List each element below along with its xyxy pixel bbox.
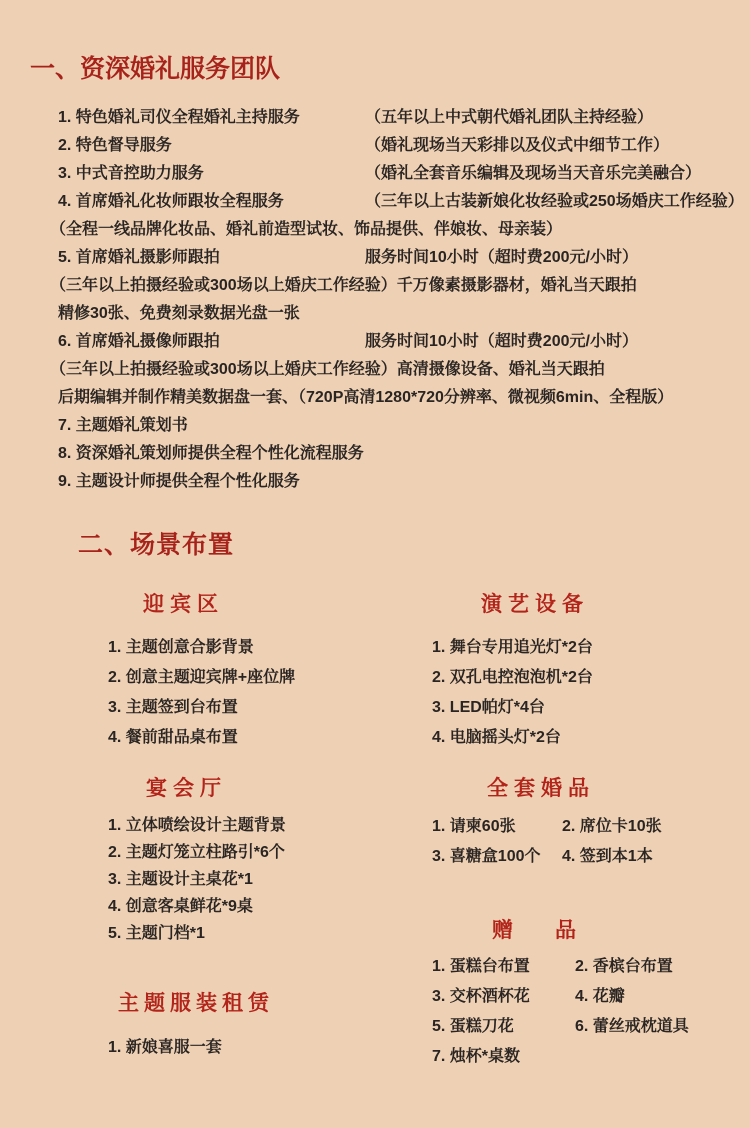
section1-title: 一、资深婚礼服务团队	[30, 54, 280, 84]
costume-rental-list: 1. 新娘喜服一套	[108, 1033, 222, 1063]
list-item: 5. 蛋糕刀花	[432, 1012, 575, 1042]
list-item: 3. 主题签到台布置	[108, 693, 295, 723]
list-item: 2. 主题灯笼立柱路引*6个	[108, 839, 286, 866]
service-team-list: 1. 特色婚礼司仪全程婚礼主持服务 （五年以上中式朝代婚礼团队主持经验） 2. …	[50, 104, 720, 496]
gifts-grid: 1. 蛋糕台布置 2. 香槟台布置 3. 交杯酒杯花 4. 花瓣 5. 蛋糕刀花…	[432, 952, 689, 1072]
service-row: 5. 首席婚礼摄影师跟拍 服务时间10小时（超时费200元/小时）	[50, 244, 720, 272]
list-item: 4. 电脑摇头灯*2台	[432, 723, 593, 753]
list-item: 2. 香槟台布置	[575, 952, 689, 982]
list-item: 2. 创意主题迎宾牌+座位牌	[108, 663, 295, 693]
service-name: 5. 首席婚礼摄影师跟拍	[50, 244, 365, 272]
list-item: 1. 新娘喜服一套	[108, 1033, 222, 1063]
service-detail: （全程一线品牌化妆品、婚礼前造型试妆、饰品提供、伴娘妆、母亲装）	[50, 216, 562, 244]
list-item: 2. 席位卡10张	[562, 812, 662, 842]
subsection-title-welcome-area: 迎宾区	[143, 594, 224, 616]
service-row: （三年以上拍摄经验或300场以上婚庆工作经验）千万像素摄影器材，婚礼当天跟拍	[50, 272, 720, 300]
list-item: 1. 舞台专用追光灯*2台	[432, 633, 593, 663]
service-row: 1. 特色婚礼司仪全程婚礼主持服务 （五年以上中式朝代婚礼团队主持经验）	[50, 104, 720, 132]
service-detail: 精修30张、免费刻录数据光盘一张	[50, 300, 300, 328]
service-detail: （三年以上拍摄经验或300场以上婚庆工作经验）高清摄像设备、婚礼当天跟拍	[50, 356, 605, 384]
subsection-title-wedding-set: 全套婚品	[487, 778, 595, 800]
list-item: 1. 蛋糕台布置	[432, 952, 575, 982]
wedding-package-document: 一、资深婚礼服务团队 1. 特色婚礼司仪全程婚礼主持服务 （五年以上中式朝代婚礼…	[0, 0, 750, 1128]
list-item: 2. 双孔电控泡泡机*2台	[432, 663, 593, 693]
list-item: 5. 主题门档*1	[108, 920, 286, 947]
subsection-title-costume-rental: 主题服装租赁	[118, 993, 274, 1015]
list-item: 1. 请柬60张	[432, 812, 562, 842]
list-item: 3. 喜糖盒100个	[432, 842, 562, 872]
list-item: 3. 主题设计主桌花*1	[108, 866, 286, 893]
list-item: 7. 烛杯*桌数	[432, 1042, 575, 1072]
service-note: （五年以上中式朝代婚礼团队主持经验）	[365, 104, 653, 132]
stage-equipment-list: 1. 舞台专用追光灯*2台 2. 双孔电控泡泡机*2台 3. LED帕灯*4台 …	[432, 633, 593, 753]
service-row: 6. 首席婚礼摄像师跟拍 服务时间10小时（超时费200元/小时）	[50, 328, 720, 356]
service-detail: 后期编辑并制作精美数据盘一套、（720P高清1280*720分辨率、微视频6mi…	[50, 384, 673, 412]
service-row: 8. 资深婚礼策划师提供全程个性化流程服务	[50, 440, 720, 468]
service-name: 4. 首席婚礼化妆师跟妆全程服务	[50, 188, 365, 216]
subsection-title-stage-equipment: 演艺设备	[481, 594, 589, 616]
service-row: 9. 主题设计师提供全程个性化服务	[50, 468, 720, 496]
list-item: 1. 主题创意合影背景	[108, 633, 295, 663]
service-row: （三年以上拍摄经验或300场以上婚庆工作经验）高清摄像设备、婚礼当天跟拍	[50, 356, 720, 384]
list-item: 3. 交杯酒杯花	[432, 982, 575, 1012]
service-row: 4. 首席婚礼化妆师跟妆全程服务 （三年以上古装新娘化妆经验或250场婚庆工作经…	[50, 188, 720, 216]
subsection-title-banquet-hall: 宴会厅	[146, 778, 227, 800]
section2-title: 二、场景布置	[78, 531, 234, 559]
service-detail: （三年以上拍摄经验或300场以上婚庆工作经验）千万像素摄影器材，婚礼当天跟拍	[50, 272, 637, 300]
service-row: （全程一线品牌化妆品、婚礼前造型试妆、饰品提供、伴娘妆、母亲装）	[50, 216, 720, 244]
list-item: 3. LED帕灯*4台	[432, 693, 593, 723]
service-name: 1. 特色婚礼司仪全程婚礼主持服务	[50, 104, 365, 132]
service-name: 3. 中式音控助力服务	[50, 160, 365, 188]
service-note: （三年以上古装新娘化妆经验或250场婚庆工作经验）	[365, 188, 744, 216]
service-name: 8. 资深婚礼策划师提供全程个性化流程服务	[50, 440, 364, 468]
service-row: 7. 主题婚礼策划书	[50, 412, 720, 440]
banquet-hall-list: 1. 立体喷绘设计主题背景 2. 主题灯笼立柱路引*6个 3. 主题设计主桌花*…	[108, 812, 286, 947]
wedding-set-grid: 1. 请柬60张 2. 席位卡10张 3. 喜糖盒100个 4. 签到本1本	[432, 812, 662, 872]
list-item: 4. 花瓣	[575, 982, 689, 1012]
service-name: 2. 特色督导服务	[50, 132, 365, 160]
service-note: 服务时间10小时（超时费200元/小时）	[365, 328, 638, 356]
welcome-area-list: 1. 主题创意合影背景 2. 创意主题迎宾牌+座位牌 3. 主题签到台布置 4.…	[108, 633, 295, 753]
service-note: 服务时间10小时（超时费200元/小时）	[365, 244, 638, 272]
list-item: 1. 立体喷绘设计主题背景	[108, 812, 286, 839]
list-item: 4. 签到本1本	[562, 842, 662, 872]
list-item: 4. 创意客桌鲜花*9桌	[108, 893, 286, 920]
service-row: 3. 中式音控助力服务 （婚礼全套音乐编辑及现场当天音乐完美融合）	[50, 160, 720, 188]
service-name: 9. 主题设计师提供全程个性化服务	[50, 468, 300, 496]
service-name: 6. 首席婚礼摄像师跟拍	[50, 328, 365, 356]
service-row: 后期编辑并制作精美数据盘一套、（720P高清1280*720分辨率、微视频6mi…	[50, 384, 720, 412]
subsection-title-gifts: 赠 品	[492, 920, 576, 942]
service-row: 2. 特色督导服务 （婚礼现场当天彩排以及仪式中细节工作）	[50, 132, 720, 160]
service-note: （婚礼全套音乐编辑及现场当天音乐完美融合）	[365, 160, 701, 188]
service-note: （婚礼现场当天彩排以及仪式中细节工作）	[365, 132, 669, 160]
service-row: 精修30张、免费刻录数据光盘一张	[50, 300, 720, 328]
list-item: 4. 餐前甜品桌布置	[108, 723, 295, 753]
service-name: 7. 主题婚礼策划书	[50, 412, 188, 440]
list-item: 6. 蕾丝戒枕道具	[575, 1012, 689, 1042]
